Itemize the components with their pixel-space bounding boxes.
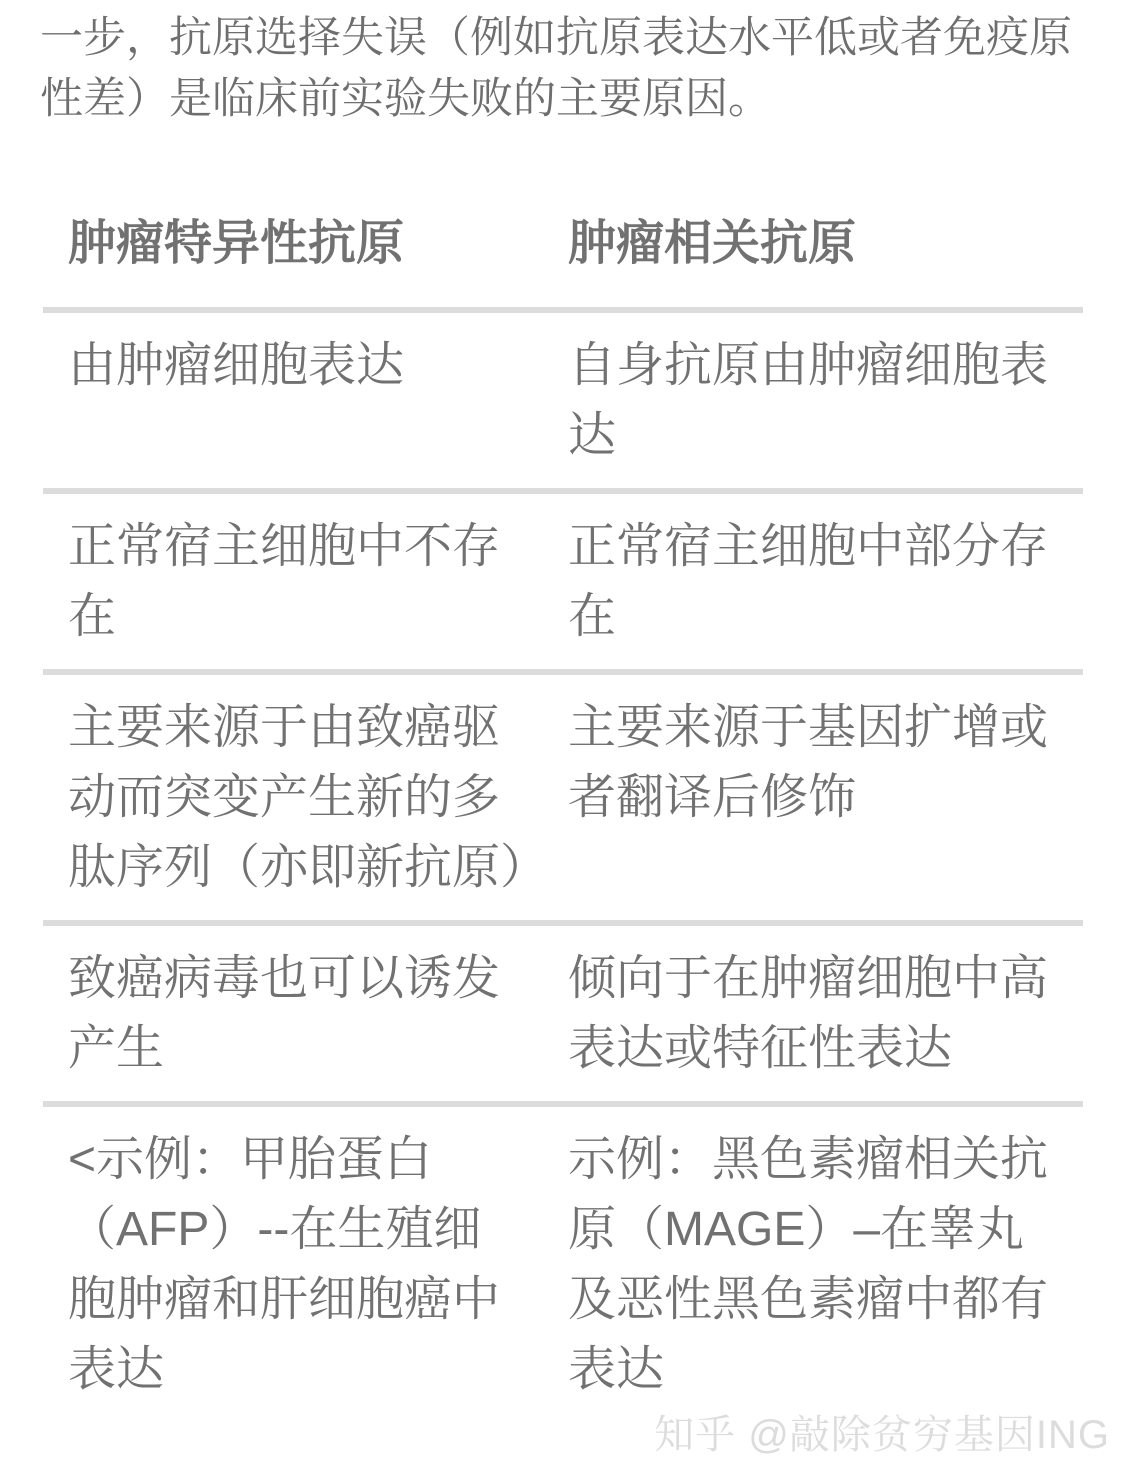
table-cell: 自身抗原由肿瘤细胞表达 <box>543 313 1083 488</box>
zhihu-watermark: 知乎 @敲除贫穷基因ING <box>654 1413 1110 1457</box>
header-cell-tumor-associated-antigen: 肿瘤相关抗原 <box>543 191 1083 307</box>
table-row: 主要来源于由致癌驱动而突变产生新的多肽序列（亦即新抗原） 主要来源于基因扩增或者… <box>43 675 1083 926</box>
table-cell: 示例：黑色素瘤相关抗原（MAGE）–在睾丸及恶性黑色素瘤中都有表达 <box>543 1107 1083 1422</box>
article-page: 一步，抗原选择失误（例如抗原表达水平低或者免疫原性差）是临床前实验失败的主要原因… <box>0 0 1125 1479</box>
antigen-comparison-table: 肿瘤特异性抗原 肿瘤相关抗原 由肿瘤细胞表达 自身抗原由肿瘤细胞表达 正常宿主细… <box>43 191 1083 1422</box>
table-cell: 主要来源于由致癌驱动而突变产生新的多肽序列（亦即新抗原） <box>43 675 543 920</box>
table-cell: 正常宿主细胞中不存在 <box>43 494 543 669</box>
table-row: <示例：甲胎蛋白（AFP）--在生殖细胞肿瘤和肝细胞癌中表达 示例：黑色素瘤相关… <box>43 1107 1083 1422</box>
table-cell: <示例：甲胎蛋白（AFP）--在生殖细胞肿瘤和肝细胞癌中表达 <box>43 1107 543 1422</box>
intro-paragraph: 一步，抗原选择失误（例如抗原表达水平低或者免疫原性差）是临床前实验失败的主要原因… <box>0 0 1125 130</box>
table-header-row: 肿瘤特异性抗原 肿瘤相关抗原 <box>43 191 1083 313</box>
table-cell: 正常宿主细胞中部分存在 <box>543 494 1083 669</box>
table-row: 致癌病毒也可以诱发产生 倾向于在肿瘤细胞中高表达或特征性表达 <box>43 926 1083 1107</box>
table-cell: 由肿瘤细胞表达 <box>43 313 543 488</box>
table-cell: 致癌病毒也可以诱发产生 <box>43 926 543 1101</box>
table-cell: 倾向于在肿瘤细胞中高表达或特征性表达 <box>543 926 1083 1101</box>
table-cell: 主要来源于基因扩增或者翻译后修饰 <box>543 675 1083 920</box>
table-row: 正常宿主细胞中不存在 正常宿主细胞中部分存在 <box>43 494 1083 675</box>
header-cell-tumor-specific-antigen: 肿瘤特异性抗原 <box>43 191 543 307</box>
table-row: 由肿瘤细胞表达 自身抗原由肿瘤细胞表达 <box>43 313 1083 494</box>
